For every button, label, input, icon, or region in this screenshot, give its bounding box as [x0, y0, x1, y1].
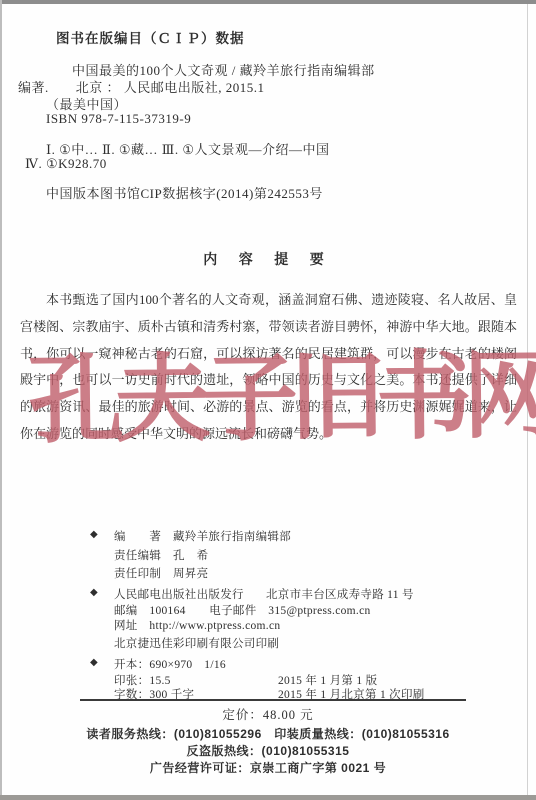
book-copyright-page: 图书在版编目（ＣＩＰ）数据 中国最美的100个人文奇观 / 藏羚羊旅行指南编辑部… [0, 0, 536, 800]
printing-company-line: 北京捷迅佳彩印刷有限公司印刷 [114, 635, 279, 651]
abstract-title: 内 容 提 要 [0, 249, 536, 269]
publisher-name-line: 人民邮电出版社出版发行 [114, 586, 244, 602]
scan-edge-top [0, 0, 536, 4]
cip-isbn-line: ISBN 978-7-115-37319-9 [46, 111, 191, 127]
scan-edge-left [0, 0, 2, 800]
publisher-address: 北京市丰台区成寿寺路 11 号 [266, 586, 414, 602]
editor-credit-line: 编 著 藏羚羊旅行指南编辑部 [114, 528, 291, 544]
price-divider-rule [80, 699, 466, 701]
scan-edge-right [527, 4, 528, 795]
cip-header: 图书在版编目（ＣＩＰ）数据 [56, 27, 245, 47]
postcode-email-line: 邮编 100164 电子邮件 315@ptpress.com.cn [114, 602, 371, 618]
diamond-bullet-icon: ◆ [90, 529, 98, 540]
website-line: 网址 http://www.ptpress.com.cn [114, 617, 280, 633]
cip-classification-line-2: Ⅳ. ①K928.70 [25, 156, 107, 172]
anti-piracy-hotline-line: 反盗版热线：(010)81055315 [0, 742, 536, 759]
cip-registry-line: 中国版本图书馆CIP数据核字(2014)第242553号 [46, 183, 323, 202]
diamond-bullet-icon: ◆ [90, 657, 98, 668]
duty-editor-line: 责任编辑 孔 希 [114, 547, 208, 563]
ad-license-line: 广告经营许可证：京崇工商广字第 0021 号 [0, 759, 536, 776]
scan-edge-bottom [0, 795, 536, 800]
duty-printer-line: 责任印制 周昇亮 [114, 565, 208, 581]
diamond-bullet-icon: ◆ [90, 587, 98, 598]
reader-service-hotline-line: 读者服务热线：(010)81055296 印装质量热线：(010)8105531… [0, 725, 536, 742]
format-line: 开本：690×970 1/16 [114, 656, 226, 672]
price-line: 定价：48.00 元 [0, 705, 536, 723]
abstract-body: 本书甄选了国内100个著名的人文奇观，涵盖洞窟石佛、遗迹陵寝、名人故居、皇宫楼阁… [20, 287, 517, 448]
